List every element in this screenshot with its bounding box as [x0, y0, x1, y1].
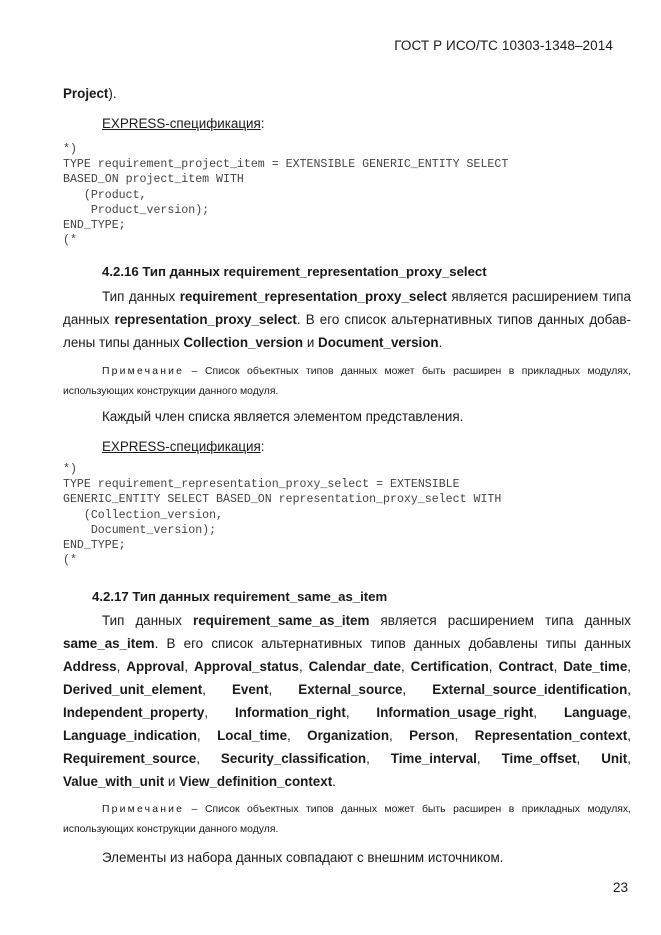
section-4-2-17-paragraph-2: Элементы из набора данных совпадают с вн…	[63, 846, 631, 869]
type-name: Language_indication	[63, 728, 197, 743]
section-4-2-16-paragraph: Тип данных requirement_representation_pr…	[63, 285, 631, 354]
type-name: View_definition_context	[179, 774, 332, 789]
type-name: Calendar_date	[309, 659, 401, 674]
type-name: Language	[564, 705, 627, 720]
express-code-block-2: *) TYPE requirement_representation_proxy…	[63, 462, 501, 568]
type-name: External_source_identification	[432, 682, 627, 697]
section-heading-4-2-16: 4.2.16 Тип данных requirement_representa…	[102, 264, 487, 279]
type-name: Address	[63, 659, 117, 674]
type-name: External_source	[298, 682, 402, 697]
type-name: Person	[409, 728, 454, 743]
section-4-2-17-paragraph: Тип данных requirement_same_as_item явля…	[63, 609, 631, 793]
section-4-2-16-paragraph-2: Каждый член списка является элементом пр…	[63, 405, 631, 428]
page-number: 23	[613, 880, 628, 895]
type-name: same_as_item	[63, 636, 155, 651]
document-header: ГОСТ Р ИСО/ТС 10303-1348–2014	[394, 38, 613, 53]
type-name: Local_time	[217, 728, 287, 743]
type-name: Unit	[601, 751, 627, 766]
section-heading-4-2-17: 4.2.17 Тип данных requirement_same_as_it…	[92, 589, 387, 604]
type-name: Information_usage_right	[376, 705, 533, 720]
type-name: Information_right	[235, 705, 346, 720]
type-name: Contract	[499, 659, 554, 674]
type-name: Representation_context	[475, 728, 628, 743]
express-code-block-1: *) TYPE requirement_project_item = EXTEN…	[63, 142, 508, 248]
note-4-2-16: Примечание – Список объектных типов данн…	[63, 362, 631, 402]
type-name: Time_interval	[391, 751, 477, 766]
type-name: Approval	[126, 659, 184, 674]
type-name: requirement_same_as_item	[193, 613, 369, 628]
type-name: Certification	[411, 659, 489, 674]
intro-continuation: Project).	[63, 82, 631, 105]
express-spec-label-1: EXPRESS-спецификация:	[63, 112, 631, 135]
note-4-2-17: Примечание – Список объектных типов данн…	[63, 800, 631, 840]
type-name: Project	[63, 86, 108, 101]
type-name: Time_offset	[502, 751, 577, 766]
type-name: Derived_unit_element	[63, 682, 202, 697]
type-name: Approval_status	[194, 659, 299, 674]
type-name: Independent_property	[63, 705, 204, 720]
express-spec-label-2: EXPRESS-спецификация:	[63, 435, 631, 458]
type-name: Organization	[307, 728, 389, 743]
type-name: Date_time	[563, 659, 627, 674]
type-name: Security_classification	[221, 751, 366, 766]
type-name: Event	[232, 682, 268, 697]
type-name: Requirement_source	[63, 751, 196, 766]
type-name: Value_with_unit	[63, 774, 164, 789]
